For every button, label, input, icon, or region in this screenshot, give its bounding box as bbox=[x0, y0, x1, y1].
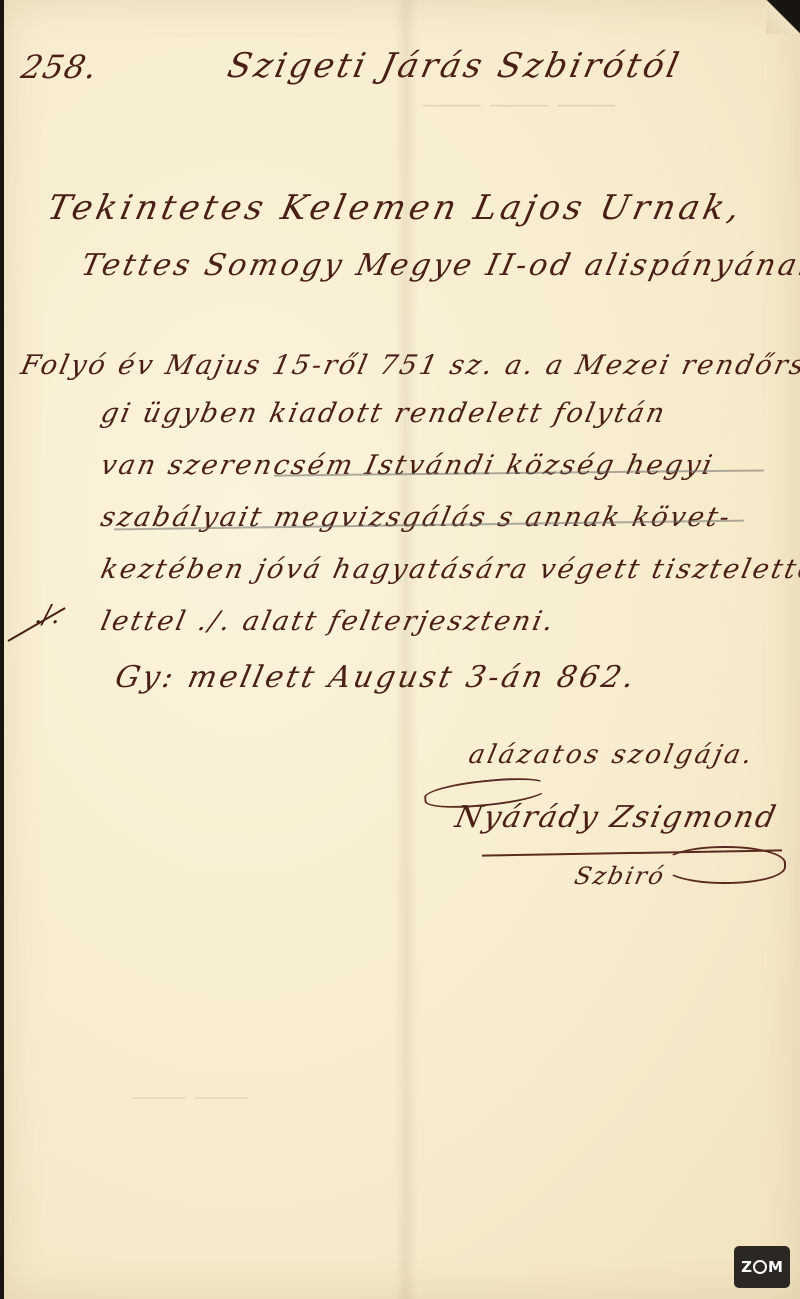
document-origin: Szigeti Járás Szbirótól bbox=[224, 46, 685, 86]
body-line-6: lettel ./. alatt felterjeszteni. bbox=[98, 606, 558, 637]
magnifier-icon bbox=[753, 1260, 767, 1274]
body-line-2: gi ügyben kiadott rendelett folytán bbox=[98, 398, 670, 429]
zoom-watermark-logo: ZM bbox=[734, 1246, 790, 1288]
document-page: ﾠ⸻ ⸻ ⸻ ﾠ⸻ ⸻ 258. Szigeti Járás Szbirótól… bbox=[4, 0, 800, 1299]
bleed-through-text-bottom: ﾠ⸻ ⸻ bbox=[131, 1080, 276, 1111]
signer-title: Szbiró bbox=[572, 862, 668, 890]
folded-corner bbox=[766, 0, 800, 34]
margin-enclosure-mark: ./. bbox=[34, 600, 59, 630]
zoom-logo-label-end: M bbox=[768, 1258, 783, 1276]
signature-flourish bbox=[664, 846, 786, 884]
salutation-line-2: Tettes Somogy Megye II-od alispányának! bbox=[78, 248, 800, 283]
closing-phrase: alázatos szolgája. bbox=[466, 740, 758, 770]
signature: Nyárády Zsigmond bbox=[452, 800, 781, 835]
zoom-logo-label: Z bbox=[741, 1258, 752, 1276]
body-line-1: Folyó év Majus 15-ről 751 sz. a. a Mezei… bbox=[18, 350, 800, 381]
bleed-through-text-top: ﾠ⸻ ⸻ ⸻ bbox=[420, 84, 646, 119]
body-line-5: keztében jóvá hagyatására végett tisztel… bbox=[98, 554, 800, 585]
date-line: Gy: mellett August 3-án 862. bbox=[112, 660, 640, 695]
document-number: 258. bbox=[18, 48, 101, 86]
body-line-3: van szerencsém Istvándi község hegyi bbox=[98, 450, 717, 481]
salutation-line-1: Tekintetes Kelemen Lajos Urnak, bbox=[44, 188, 747, 228]
